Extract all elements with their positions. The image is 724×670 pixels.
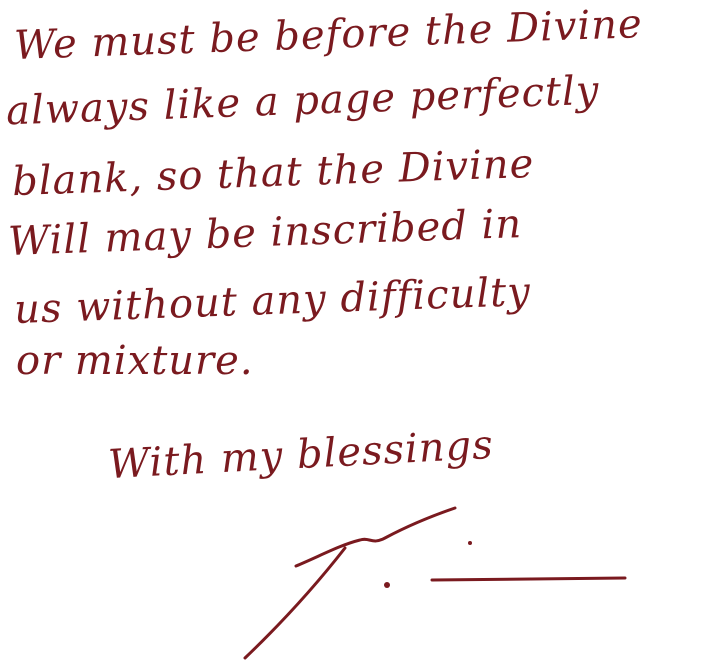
signature-mark: [0, 0, 724, 670]
